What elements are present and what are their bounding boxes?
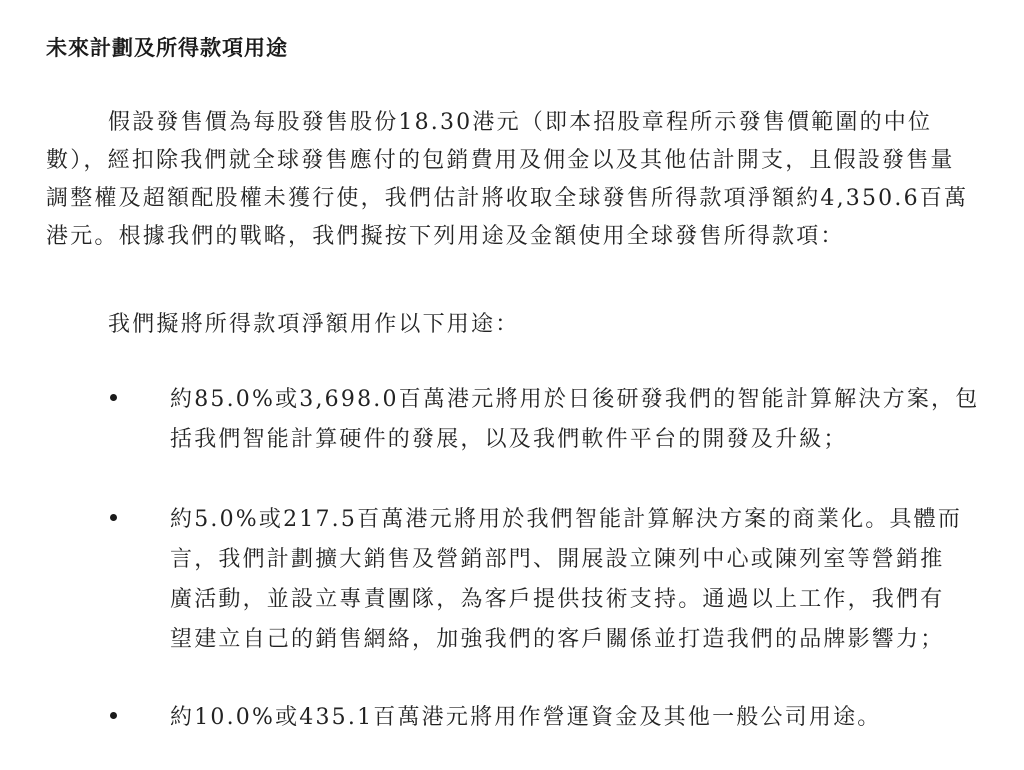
bullet-text: 約85.0%或3,698.0百萬港元將用於日後研發我們的智能計算解決方案，包 括… [170,380,979,460]
bullet-line: 言，我們計劃擴大銷售及營銷部門、開展設立陳列中心或陳列室等營銷推 [170,540,962,580]
intro-line-4: 港元。根據我們的戰略，我們擬按下列用途及金額使用全球發售所得款項： [46,218,974,256]
bullet-line: 廣活動，並設立專責團隊，為客戶提供技術支持。通過以上工作，我們有 [170,580,962,620]
bullet-icon [110,394,117,401]
intro-line-2: 數），經扣除我們就全球發售應付的包銷費用及佣金以及其他估計開支，且假設發售量 [46,142,974,180]
intro-line-1: 假設發售價為每股發售股份18.30港元（即本招股章程所示發售價範圍的中位 [46,104,974,142]
bullet-text: 約10.0%或435.1百萬港元將用作營運資金及其他一般公司用途。 [170,698,881,738]
document-page: 未來計劃及所得款項用途 假設發售價為每股發售股份18.30港元（即本招股章程所示… [0,0,1024,770]
intro-paragraph: 假設發售價為每股發售股份18.30港元（即本招股章程所示發售價範圍的中位 數），… [46,104,974,256]
bullet-line: 括我們智能計算硬件的發展，以及我們軟件平台的開發及升級； [170,420,979,460]
bullet-line: 望建立自己的銷售網絡，加強我們的客戶關係並打造我們的品牌影響力； [170,620,962,660]
bullet-line: 約85.0%或3,698.0百萬港元將用於日後研發我們的智能計算解決方案，包 [170,380,979,420]
bullet-icon [110,712,117,719]
bullet-line: 約5.0%或217.5百萬港元將用於我們智能計算解決方案的商業化。具體而 [170,500,962,540]
bullet-icon [110,514,117,521]
uses-intro: 我們擬將所得款項淨額用作以下用途： [108,306,519,344]
intro-line-3: 調整權及超額配股權未獲行使，我們估計將收取全球發售所得款項淨額約4,350.6百… [46,180,974,218]
section-heading: 未來計劃及所得款項用途 [46,32,288,62]
bullet-line: 約10.0%或435.1百萬港元將用作營運資金及其他一般公司用途。 [170,698,881,738]
bullet-text: 約5.0%或217.5百萬港元將用於我們智能計算解決方案的商業化。具體而 言，我… [170,500,962,660]
